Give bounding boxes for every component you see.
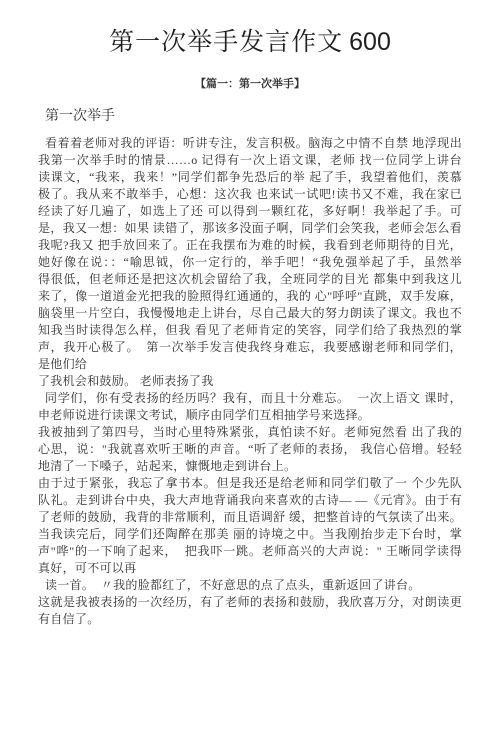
page-title-text: 第一次举手发言作文 — [109, 29, 343, 56]
section-label: 【篇一：第一次举手】 — [0, 77, 500, 91]
text-line: 当我读完后，同学们还陶醉在那美 丽的诗境之中。当我刚抬步走下台时，掌 — [38, 526, 462, 543]
text-line: 了老师的鼓励，我背的非常顺利，而且语调舒 缓，把整首诗的气氛读了出来。 — [38, 509, 462, 526]
text-line: 经读了好几遍了，如选上了还 可以得到一颗红花，多好啊！我举起了手。可 — [38, 203, 462, 220]
text-line: 由于过于紧张，我忘了拿书本。但是我还是给老师和同学们敬了一 个少先队 — [38, 475, 462, 492]
text-line: 我被抽到了第四号，当时心里特殊紧张，真怕读不好。老师宛然看 出了我的 — [38, 424, 462, 441]
text-line: 声，我开心极了。 第一次举手发言使我终身难忘，我要感谢老师和同学们， — [38, 339, 462, 356]
essay-heading: 第一次举手 — [38, 108, 462, 126]
text-line: 极了。我从来不敢举手，心想：这次我 也来试一试吧!读书又不难，我在家已 — [38, 186, 462, 203]
text-line: 来了，像一道道金光把我的脸照得红通通的，我的 心"呼呼"直跳，双手发麻， — [38, 288, 462, 305]
text-line: 这就是我被表扬的一次经历，有了老师的表扬和鼓励，我欣喜万分，对朗读更 — [38, 594, 462, 611]
text-line: 看着着老师对我的评语：听讲专注，发言积极。脑海之中情不自禁 地浮现出 — [38, 135, 462, 152]
text-line: 心思，说："我就喜欢听王晰的声音。“听了老师的表扬， 我信心倍增。轻轻 — [38, 441, 462, 458]
page-title-number: 600 — [349, 28, 391, 56]
text-line: 我呢?我又 把手放回来了。正在我摆布为难的时候，我看到老师期待的目光， — [38, 237, 462, 254]
text-line: 申老师说进行读课文考试，顺序由同学们互相抽学号来选择。 — [38, 407, 462, 424]
text-line: 地清了一下嗓子，站起来，慷慨地走到讲台上。 — [38, 458, 462, 475]
text-line: 脑袋里一片空白，我慢慢地走上讲台，尽自己最大的努力朗读了课文。我也不 — [38, 305, 462, 322]
text-line: 她好像在说：：“喻思钺，你一定行的，举手吧！“我免强举起了手，虽然举 — [38, 254, 462, 271]
text-line: 读课文，“我来，我来！”同学们都争先恐后的举 起了手，我望着他们，羡慕 — [38, 169, 462, 186]
text-line: 知我当时读得怎么样，但我 看见了老师肯定的笑容，同学们给了我热烈的掌 — [38, 322, 462, 339]
text-line: 是，我又一想：如果 读错了，那该多没面子啊，同学们会笑我，老师会怎么看 — [38, 220, 462, 237]
page-title: 第一次举手发言作文600 — [0, 0, 500, 60]
text-line: 得很低，但老师还是把这次机会留给了我，全班同学的目光 都集中到我这儿 — [38, 271, 462, 288]
text-line: 真好，可不可以再 — [38, 560, 462, 577]
text-line: 同学们，你有受表扬的经历吗？我有，而且十分难忘。 一次上语文 课时， — [38, 390, 462, 407]
document-page: 第一次举手发言作文600 【篇一：第一次举手】 第一次举手 看着着老师对我的评语… — [0, 0, 500, 745]
text-line: 读一首。 〃我的脸都红了，不好意思的点了点头，重新返回了讲台。 — [38, 577, 462, 594]
text-line: 队礼。走到讲台中央，我大声地背诵我向来喜欢的古诗— —《元宵》。由于有 — [38, 492, 462, 509]
text-line: 有自信了。 — [38, 611, 462, 628]
essay-body: 看着着老师对我的评语：听讲专注，发言积极。脑海之中情不自禁 地浮现出我第一次举手… — [38, 135, 462, 628]
text-line: 我第一次举手时的情景……o 记得有一次上语文课，老师 找一位同学上讲台 — [38, 152, 462, 169]
text-line: 声"哗"的一下响了起来， 把我吓一跳。老师高兴的大声说：" 王晰同学读得 — [38, 543, 462, 560]
text-line: 了我机会和鼓励。 老师表扬了我 — [38, 373, 462, 390]
text-line: 是他们给 — [38, 356, 462, 373]
